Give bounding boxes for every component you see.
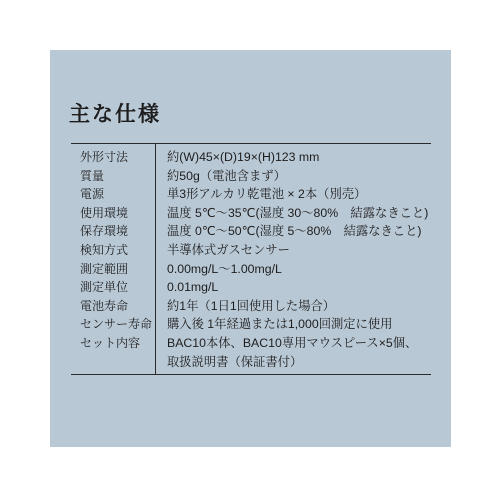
spec-label: 検知方式 <box>71 241 155 260</box>
spec-value: 購入後 1年経過または1,000回測定に使用 <box>155 315 431 334</box>
table-column-divider <box>155 144 156 374</box>
spec-value: 温度 5℃～35℃(湿度 30～80% 結露なきこと) <box>155 204 431 223</box>
spec-row: セット内容BAC10本体、BAC10専用マウスピース×5個、 取扱説明書（保証書… <box>71 334 431 371</box>
spec-label: 質量 <box>71 167 155 186</box>
spec-value: BAC10本体、BAC10専用マウスピース×5個、 取扱説明書（保証書付） <box>155 334 431 371</box>
spec-label: 外形寸法 <box>71 148 155 167</box>
spec-label: 保存環境 <box>71 222 155 241</box>
spec-row: 質量約50g（電池含まず） <box>71 167 431 186</box>
spec-label: 測定単位 <box>71 278 155 297</box>
spec-label: 測定範囲 <box>71 260 155 279</box>
spec-label: 電池寿命 <box>71 297 155 316</box>
spec-value: 約(W)45×(D)19×(H)123 mm <box>155 148 431 167</box>
spec-row: 保存環境温度 0℃～50℃(湿度 5～80% 結露なきこと) <box>71 222 431 241</box>
spec-row: 使用環境温度 5℃～35℃(湿度 30～80% 結露なきこと) <box>71 204 431 223</box>
spec-row: 外形寸法約(W)45×(D)19×(H)123 mm <box>71 148 431 167</box>
spec-label: センサー寿命 <box>71 315 155 334</box>
spec-row: 電源単3形アルカリ乾電池 × 2本（別売） <box>71 185 431 204</box>
spec-table: 外形寸法約(W)45×(D)19×(H)123 mm質量約50g（電池含まず）電… <box>71 143 431 375</box>
spec-value: 単3形アルカリ乾電池 × 2本（別売） <box>155 185 431 204</box>
spec-panel: 主な仕様 外形寸法約(W)45×(D)19×(H)123 mm質量約50g（電池… <box>50 50 451 447</box>
spec-row: 電池寿命約1年（1日1回使用した場合） <box>71 297 431 316</box>
spec-row: 測定単位0.01mg/L <box>71 278 431 297</box>
spec-value: 0.01mg/L <box>155 278 431 297</box>
spec-value: 約1年（1日1回使用した場合） <box>155 297 431 316</box>
spec-value: 約50g（電池含まず） <box>155 167 431 186</box>
spec-row: 検知方式半導体式ガスセンサー <box>71 241 431 260</box>
spec-label: セット内容 <box>71 334 155 353</box>
spec-value: 0.00mg/L～1.00mg/L <box>155 260 431 279</box>
spec-row: 測定範囲0.00mg/L～1.00mg/L <box>71 260 431 279</box>
spec-value: 温度 0℃～50℃(湿度 5～80% 結露なきこと) <box>155 222 431 241</box>
page: 主な仕様 外形寸法約(W)45×(D)19×(H)123 mm質量約50g（電池… <box>0 0 500 500</box>
spec-label: 使用環境 <box>71 204 155 223</box>
spec-row: センサー寿命購入後 1年経過または1,000回測定に使用 <box>71 315 431 334</box>
spec-label: 電源 <box>71 185 155 204</box>
page-title: 主な仕様 <box>69 103 161 126</box>
spec-value: 半導体式ガスセンサー <box>155 241 431 260</box>
